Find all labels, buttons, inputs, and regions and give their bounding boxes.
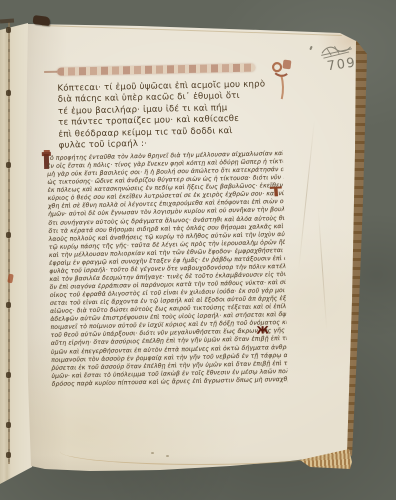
inline-rubric-ornament: Ж bbox=[256, 325, 268, 336]
manuscript-photo: 709 Κόπτεϲαι· τί ἐμοῦ ὑψῶϲαι ἐπὶ αϲμοῖϲ … bbox=[0, 0, 396, 500]
marginal-letter-tau: Τ bbox=[270, 185, 283, 201]
binding-stitch bbox=[6, 90, 11, 96]
binding-stitch bbox=[6, 372, 11, 378]
binding-stitch bbox=[6, 422, 11, 428]
parchment-crease bbox=[318, 210, 327, 330]
bottom-leaf-edge bbox=[60, 438, 340, 465]
binding-thread bbox=[8, 22, 10, 464]
binding-stitch bbox=[6, 162, 11, 168]
binding-stitch bbox=[6, 232, 11, 238]
parchment-crease bbox=[298, 120, 315, 269]
commentary-text: ὁ προφήτης ἐνταῦθα τὸν λαὸν θρηνεῖ διὰ τ… bbox=[47, 150, 288, 389]
leather-tab bbox=[33, 15, 51, 26]
binding-stitch bbox=[6, 27, 11, 33]
headband-end-ornament bbox=[269, 57, 298, 104]
binding-stitch bbox=[6, 302, 11, 308]
lemma-heading: Κόπτεϲαι· τί ἐμοῦ ὑψῶϲαι ἐπὶ αϲμοῖϲ μου … bbox=[57, 79, 268, 152]
binding-stitch bbox=[6, 452, 11, 458]
